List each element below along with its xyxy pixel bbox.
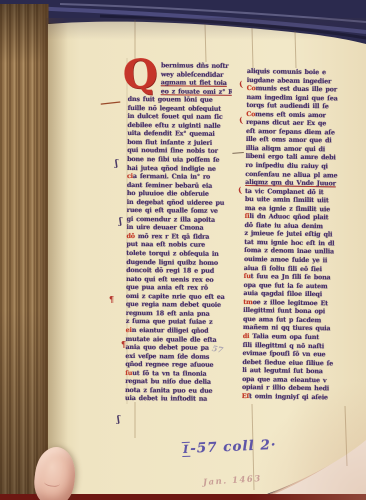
rubricated-letter: di <box>243 332 250 340</box>
marginal-mark: ¶ <box>109 295 114 303</box>
marginal-mark: ʃ <box>115 160 118 169</box>
marginal-mark: — <box>231 148 244 157</box>
rubricated-letter: tm <box>243 298 252 306</box>
rubricated-letter: dō <box>126 232 134 240</box>
marginal-mark: — <box>99 96 122 109</box>
marginal-mark: ʃ <box>119 218 122 227</box>
rubricated-letter: ci <box>127 172 133 180</box>
folio-number-annotation: 57 <box>211 343 224 355</box>
rubricated-letter: ei <box>126 326 132 334</box>
rubricated-letter: Co <box>247 84 256 92</box>
marginal-mark: ¶ <box>121 340 126 348</box>
rubricated-letter: Co <box>246 110 255 118</box>
manuscript-photo: Q bernimus dñs noſtrwey ableſcendidaragm… <box>0 0 366 500</box>
rubricated-letter: Eſ <box>242 392 249 400</box>
manuscript-text-line: tolete torqui z obſequia in <box>126 249 230 258</box>
text-column-right: aliquis comunis boie eiugdane abeam inge… <box>242 67 351 402</box>
rubricated-letter: ſu <box>125 369 132 377</box>
manuscript-text-line: bone ne ſibi uia poſſem ſe <box>127 155 231 164</box>
shelfmark-roman-numeral: I <box>182 442 191 457</box>
rubricated-letter: ſi <box>245 212 250 220</box>
book-fore-edge <box>0 4 49 498</box>
manuscript-text-line: ein eiantur diligei qñod <box>126 326 230 335</box>
rubricated-letter: ſu <box>244 272 251 280</box>
marginal-mark: ʃ <box>117 416 120 425</box>
thumb-crease <box>44 478 61 488</box>
manuscript-text-line: Eſt omin ingniyſ qi aſeie <box>242 392 346 402</box>
manuscript-text-line: uia debet iu inſtodit na <box>125 394 229 403</box>
